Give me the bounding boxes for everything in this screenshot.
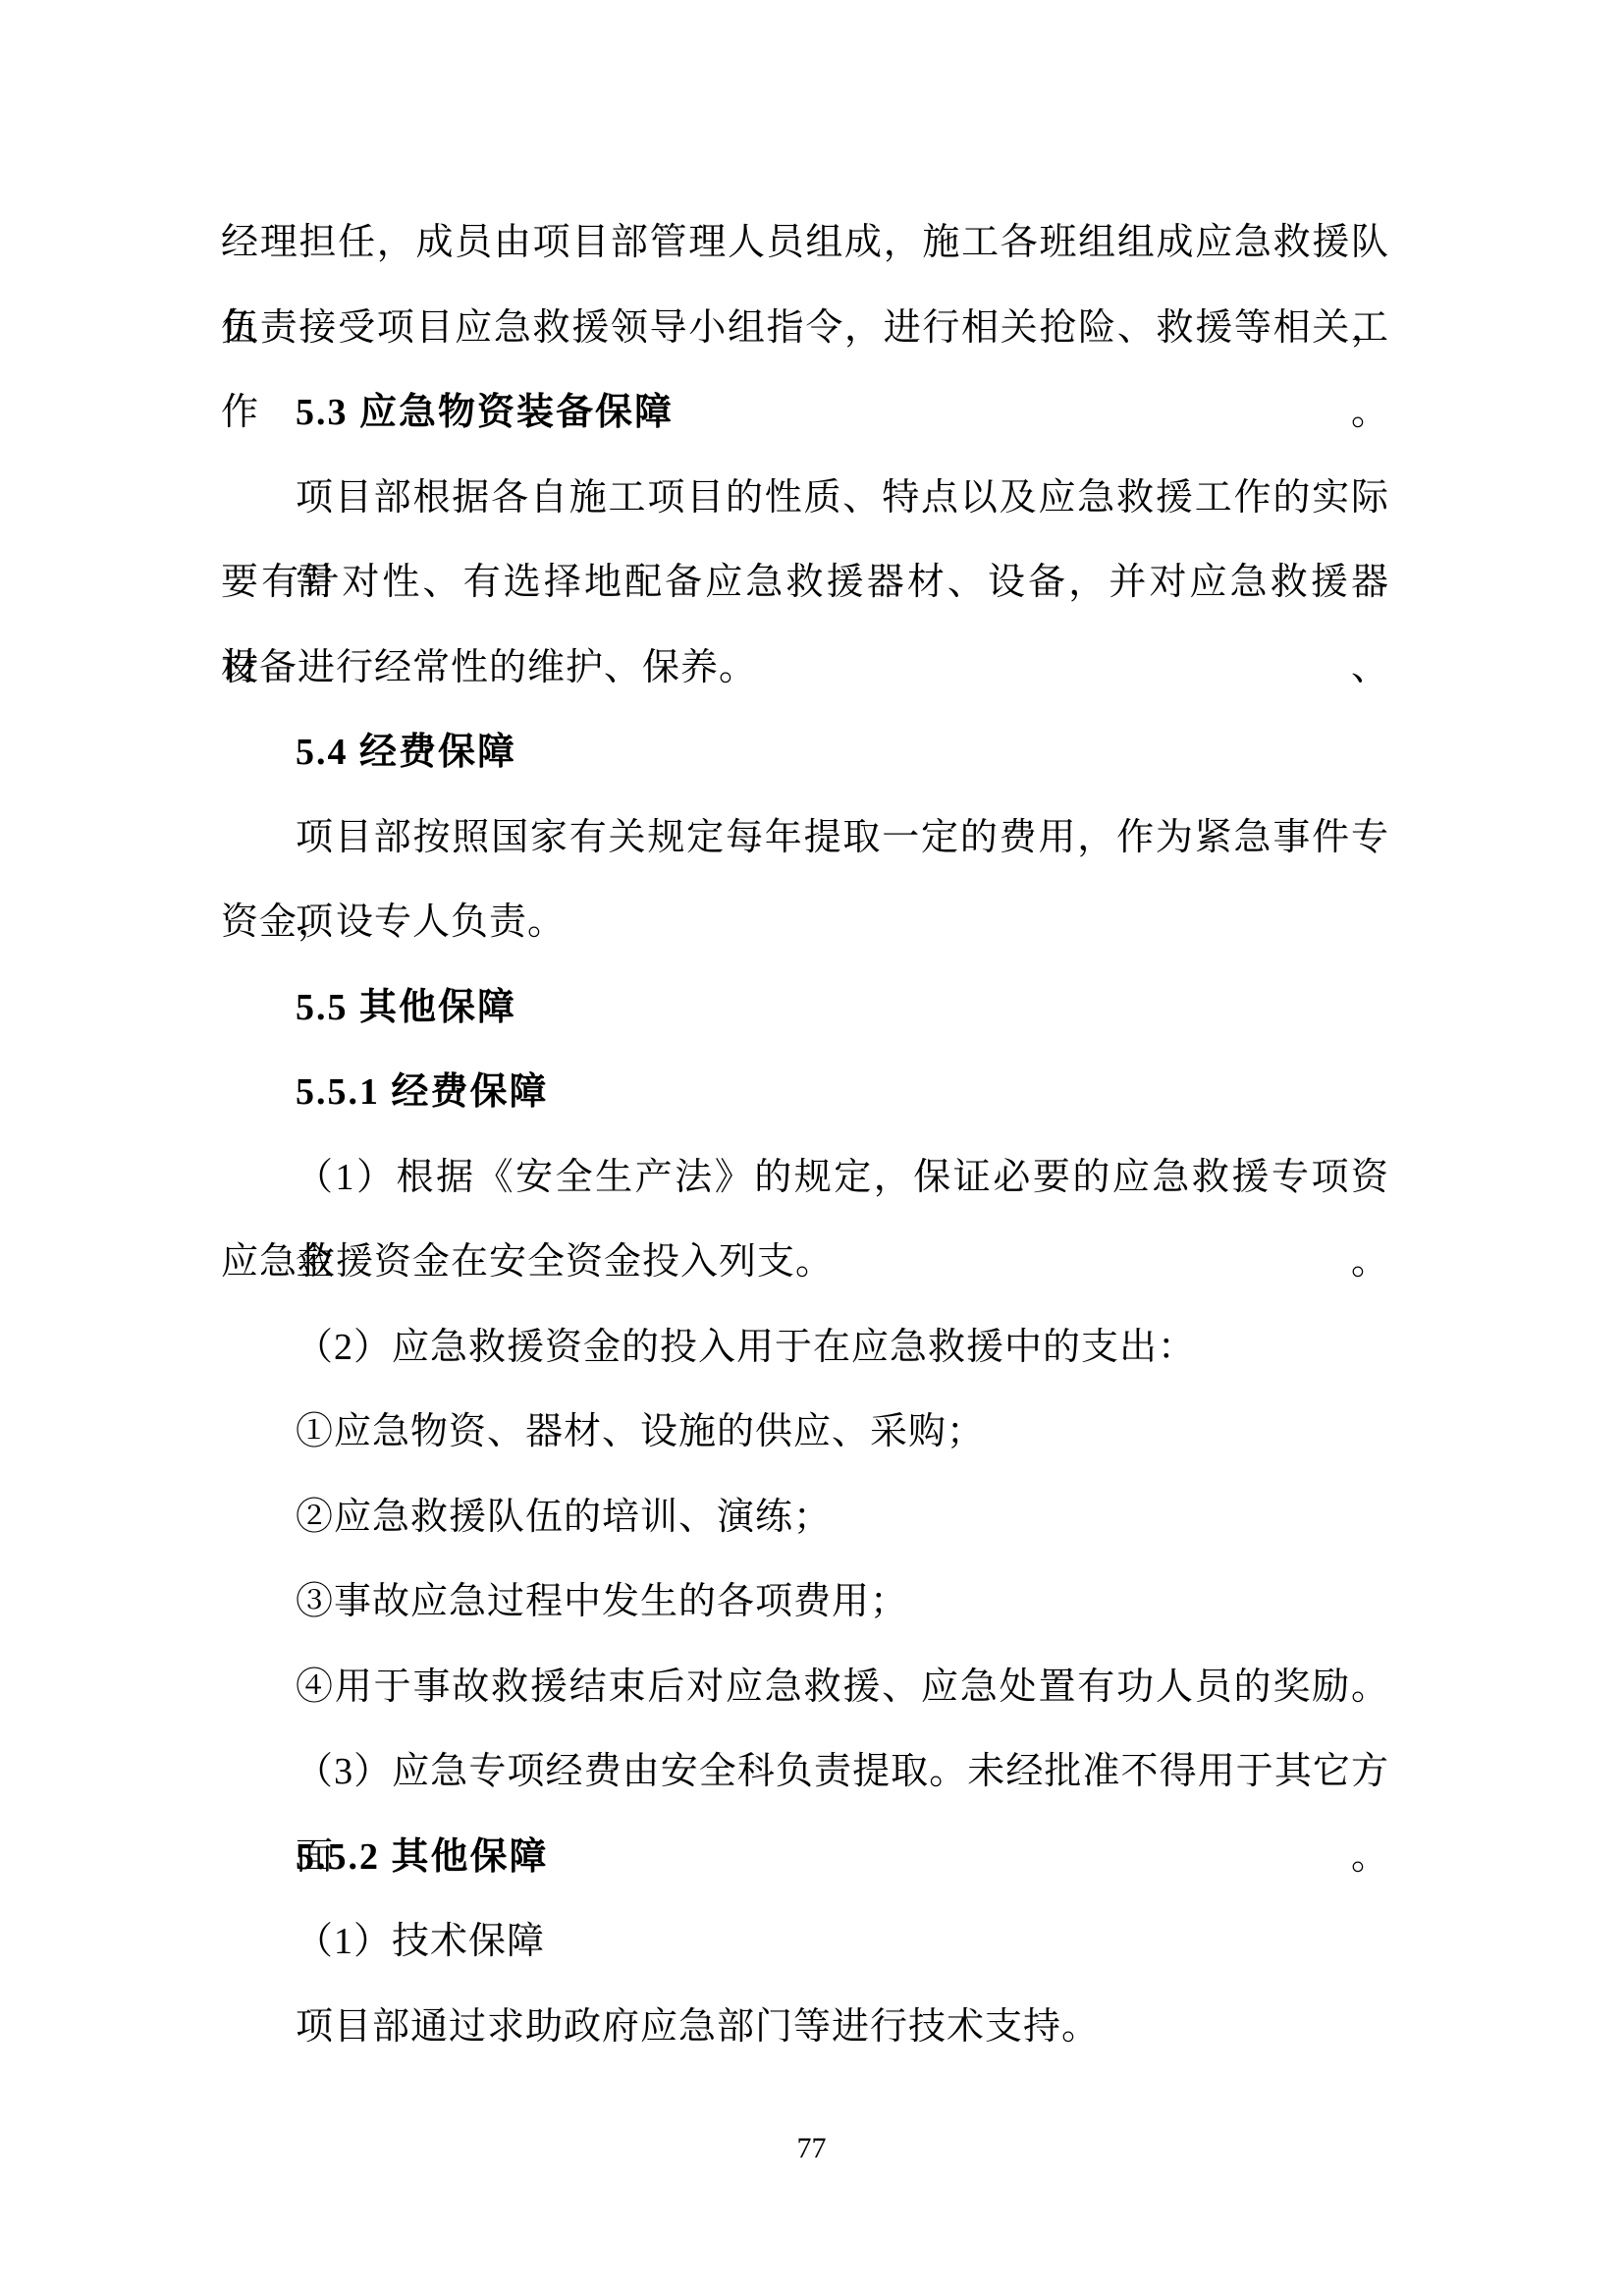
paragraph-line: （3）应急专项经费由安全科负责提取。未经批准不得用于其它方面。 [221,1729,1389,1815]
list-item-line: ③事故应急过程中发生的各项费用； [221,1559,1389,1645]
paragraph-line: 要有针对性、有选择地配备应急救援器材、设备，并对应急救援器材、 [221,540,1389,626]
paragraph-line: 负责接受项目应急救援领导小组指令，进行相关抢险、救援等相关工作。 [221,286,1389,371]
paragraph-line: （2）应急救援资金的投入用于在应急救援中的支出： [221,1305,1389,1391]
paragraph-line: （1）根据《安全生产法》的规定，保证必要的应急救援专项资金。 [221,1135,1389,1221]
section-heading: 5.5 其他保障 [221,965,1389,1051]
paragraph-line: 资金，设专人负责。 [221,880,1389,965]
page-number: 77 [0,2121,1623,2176]
section-heading: 5.5.1 经费保障 [221,1050,1389,1135]
list-item-line: ①应急物资、器材、设施的供应、采购； [221,1390,1389,1475]
paragraph-line: 项目部根据各自施工项目的性质、特点以及应急救援工作的实际需 [221,456,1389,541]
list-item-line: ④用于事故救援结束后对应急救援、应急处置有功人员的奖励。 [221,1645,1389,1730]
document-page: 经理担任，成员由项目部管理人员组成，施工各班组组成应急救援队伍， 负责接受项目应… [0,0,1623,2296]
paragraph-line: （1）技术保障 [221,1899,1389,1985]
paragraph-line: 项目部通过求助政府应急部门等进行技术支持。 [221,1985,1389,2070]
paragraph-line: 经理担任，成员由项目部管理人员组成，施工各班组组成应急救援队伍， [221,200,1389,286]
document-body: 经理担任，成员由项目部管理人员组成，施工各班组组成应急救援队伍， 负责接受项目应… [221,200,1389,2069]
section-heading: 5.4 经费保障 [221,710,1389,795]
list-item-line: ②应急救援队伍的培训、演练； [221,1475,1389,1560]
paragraph-line: 项目部按照国家有关规定每年提取一定的费用，作为紧急事件专项 [221,795,1389,881]
